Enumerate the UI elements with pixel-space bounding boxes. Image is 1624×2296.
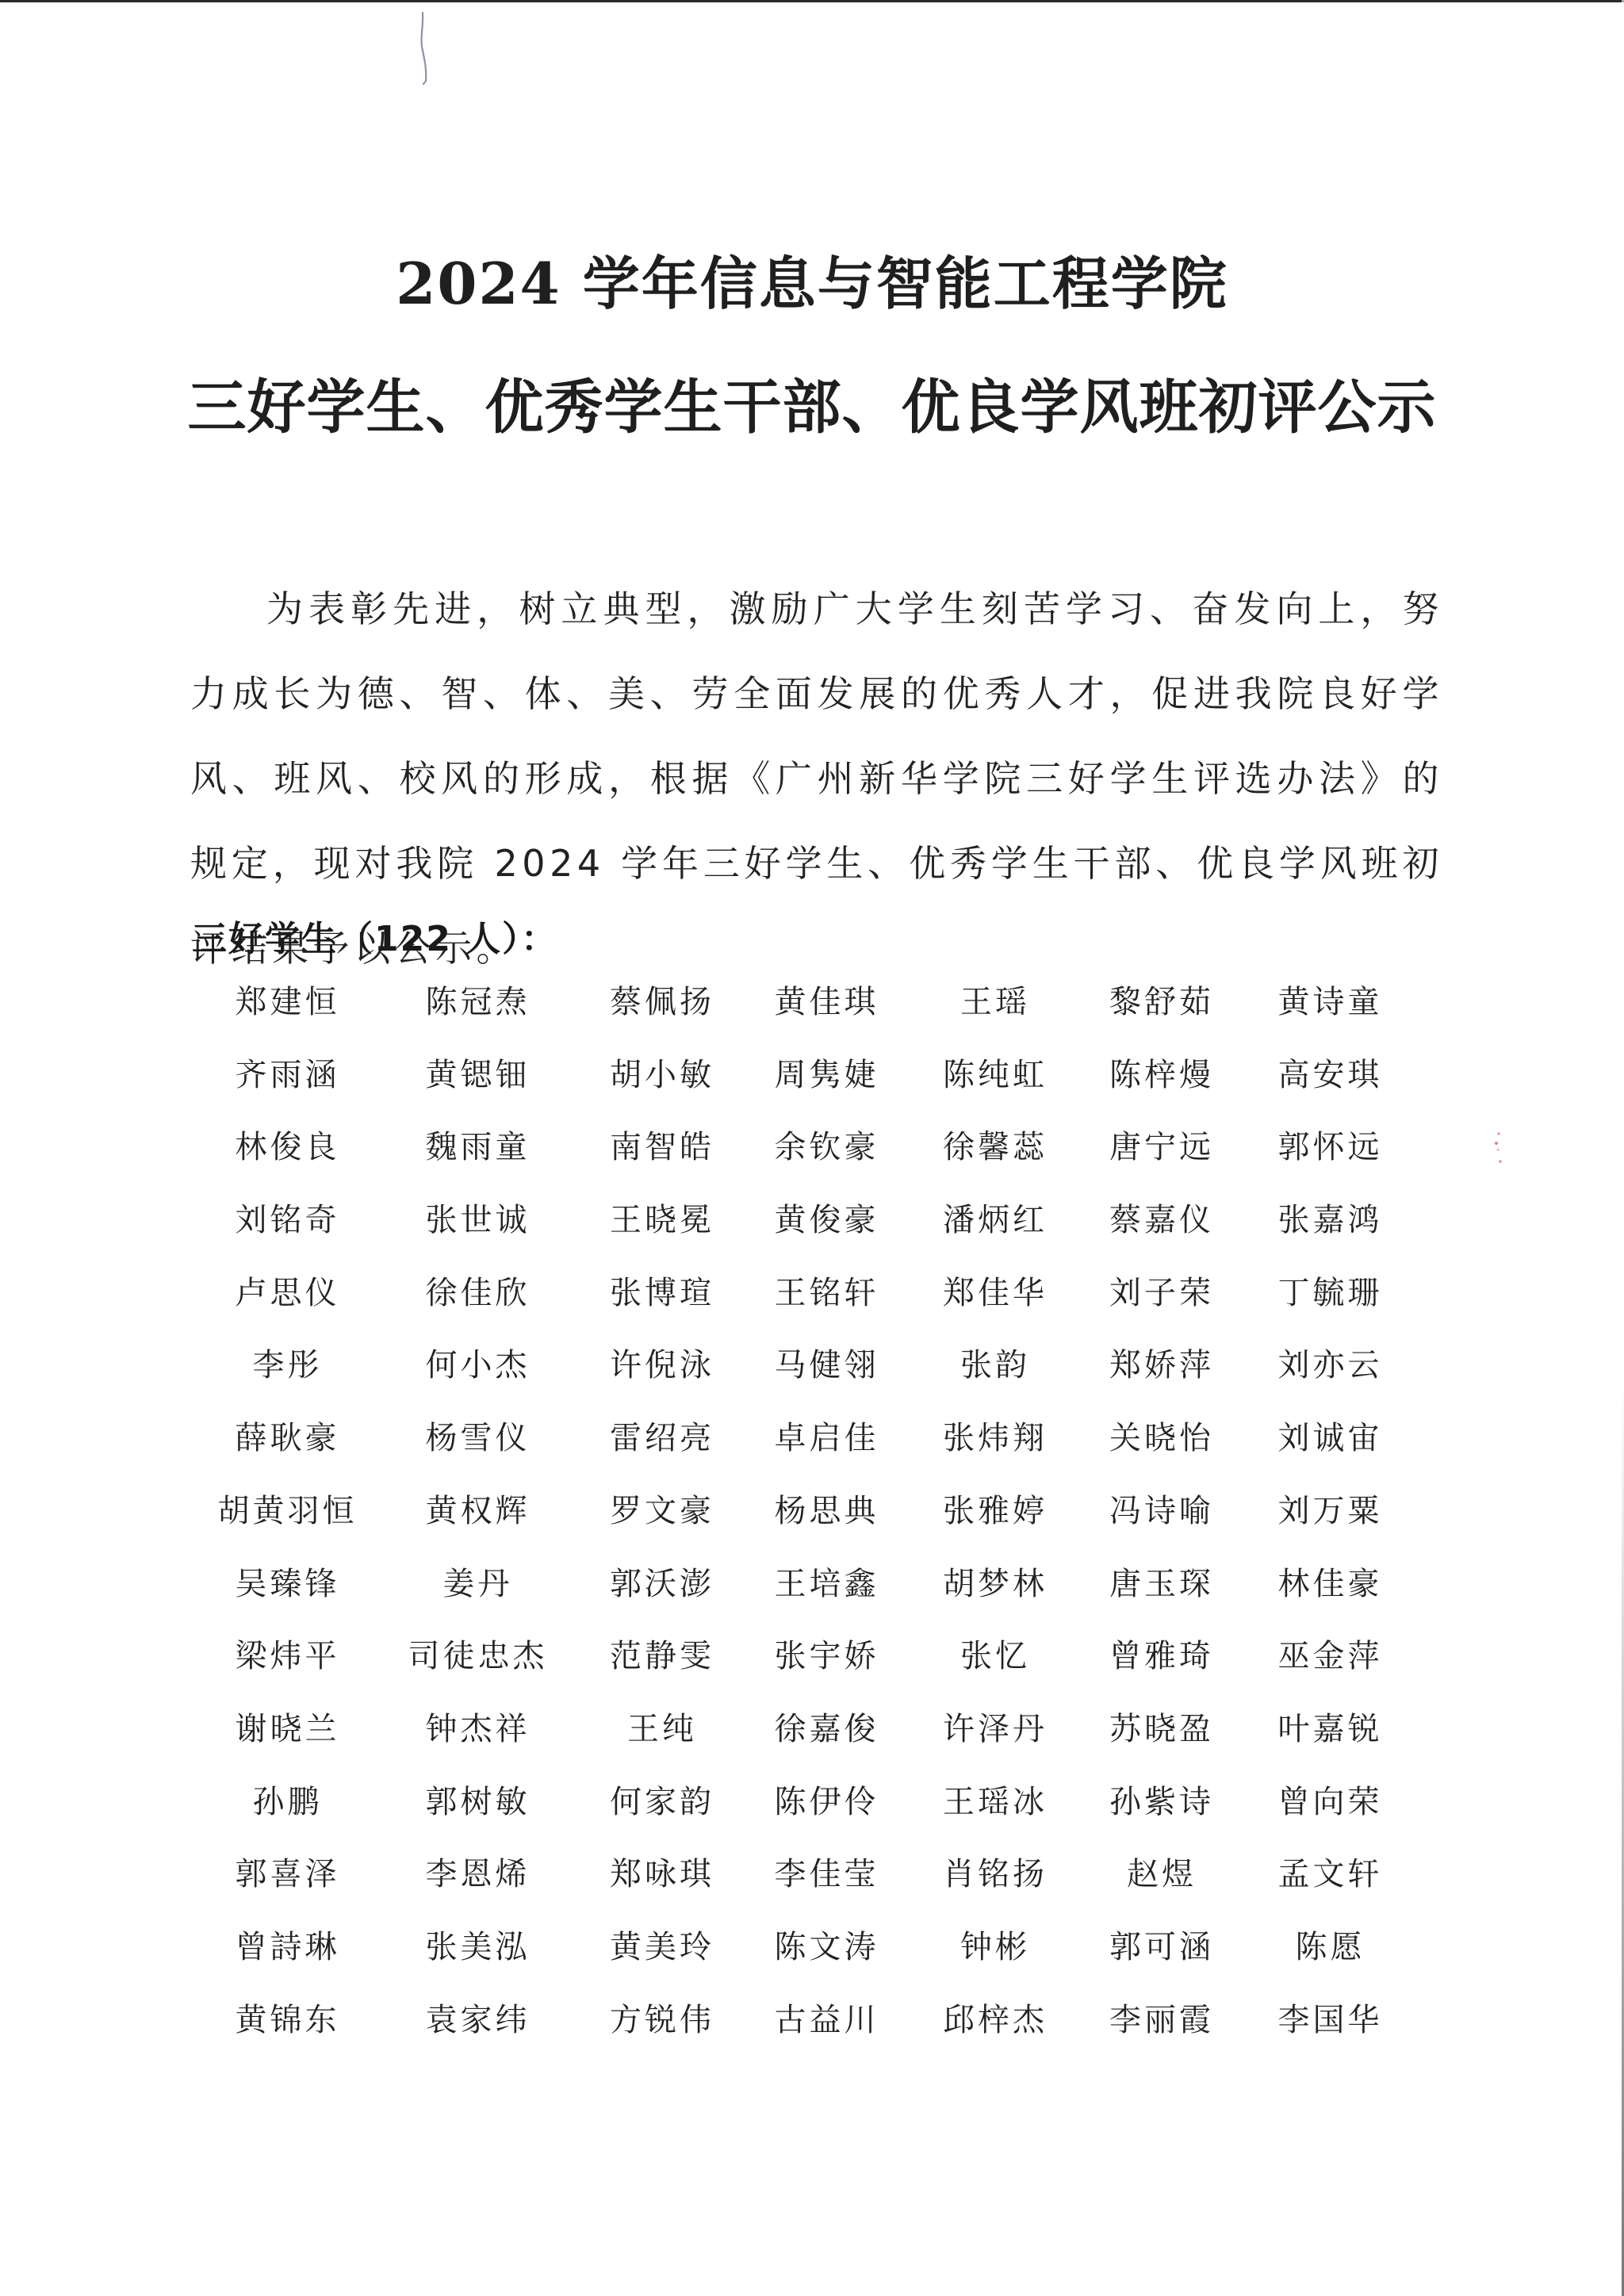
student-name: 叶嘉锐 <box>1245 1704 1415 1777</box>
student-name: 李国华 <box>1245 1995 1415 2068</box>
student-name: 黄佳琪 <box>741 977 912 1050</box>
student-name: 黎舒茹 <box>1078 977 1245 1050</box>
student-name: 郑建恒 <box>202 977 373 1050</box>
student-name: 徐佳欣 <box>373 1268 583 1341</box>
student-name: 徐嘉俊 <box>741 1704 912 1777</box>
scan-edge-top <box>0 0 1624 2</box>
student-name: 陈梓熳 <box>1078 1050 1245 1123</box>
student-name: 李佳莹 <box>741 1849 912 1922</box>
student-name: 孙紫诗 <box>1078 1777 1245 1850</box>
student-name: 罗文豪 <box>583 1486 741 1559</box>
student-name: 王瑶 <box>912 977 1078 1050</box>
student-name: 关晓怡 <box>1078 1413 1245 1486</box>
student-name: 司徒忠杰 <box>373 1631 583 1704</box>
student-name: 方锐伟 <box>583 1995 741 2068</box>
student-name: 陈伊伶 <box>741 1777 912 1850</box>
student-name: 高安琪 <box>1245 1050 1415 1123</box>
student-name: 姜丹 <box>373 1559 583 1632</box>
student-name: 范静雯 <box>583 1631 741 1704</box>
student-name: 李彤 <box>202 1340 373 1413</box>
student-name: 蔡嘉仪 <box>1078 1195 1245 1268</box>
student-name: 黄美玲 <box>583 1922 741 1995</box>
student-name: 郑咏琪 <box>583 1849 741 1922</box>
student-name: 许倪泳 <box>583 1340 741 1413</box>
student-name: 卢思仪 <box>202 1268 373 1341</box>
student-name: 孟文轩 <box>1245 1849 1415 1922</box>
student-name: 张美泓 <box>373 1922 583 1995</box>
student-name: 王铭轩 <box>741 1268 912 1341</box>
student-name: 王纯 <box>583 1704 741 1777</box>
pen-mark-icon <box>419 11 430 86</box>
student-name: 魏雨童 <box>373 1122 583 1195</box>
student-name: 梁炜平 <box>202 1631 373 1704</box>
student-name: 何家韵 <box>583 1777 741 1850</box>
student-name: 潘炳红 <box>912 1195 1078 1268</box>
student-name: 钟彬 <box>912 1922 1078 1995</box>
student-name: 张世诚 <box>373 1195 583 1268</box>
student-name: 刘子荣 <box>1078 1268 1245 1341</box>
student-name: 余钦豪 <box>741 1122 912 1195</box>
student-name: 周隽婕 <box>741 1050 912 1123</box>
student-name: 曾詩琳 <box>202 1922 373 1995</box>
student-name: 曾雅琦 <box>1078 1631 1245 1704</box>
student-name: 刘铭奇 <box>202 1195 373 1268</box>
student-name: 黄俊豪 <box>741 1195 912 1268</box>
student-name: 胡小敏 <box>583 1050 741 1123</box>
student-name: 钟杰祥 <box>373 1704 583 1777</box>
student-name: 卓启佳 <box>741 1413 912 1486</box>
student-name: 郭怀远 <box>1245 1122 1415 1195</box>
student-name: 张炜翔 <box>912 1413 1078 1486</box>
student-name: 何小杰 <box>373 1340 583 1413</box>
student-name: 孙鹏 <box>202 1777 373 1850</box>
student-name: 郭喜泽 <box>202 1849 373 1922</box>
student-name: 马健翎 <box>741 1340 912 1413</box>
student-name: 林佳豪 <box>1245 1559 1415 1632</box>
student-name: 陈文涛 <box>741 1922 912 1995</box>
student-name: 徐馨蕊 <box>912 1122 1078 1195</box>
student-name: 陈愿 <box>1245 1922 1415 1995</box>
student-name: 郭沃澎 <box>583 1559 741 1632</box>
student-name: 张雅婷 <box>912 1486 1078 1559</box>
student-name: 郑佳华 <box>912 1268 1078 1341</box>
student-name: 唐宁远 <box>1078 1122 1245 1195</box>
student-name: 张韵 <box>912 1340 1078 1413</box>
student-name: 陈纯虹 <box>912 1050 1078 1123</box>
student-name: 陈冠焘 <box>373 977 583 1050</box>
red-speck-artifact-icon <box>1491 1126 1507 1173</box>
names-grid: 郑建恒 陈冠焘 蔡佩扬 黄佳琪 王瑶 黎舒茹 黄诗童 齐雨涵 黄锶钿 胡小敏 周… <box>202 977 1439 2067</box>
student-name: 薛耿豪 <box>202 1413 373 1486</box>
student-name: 曾向荣 <box>1245 1777 1415 1850</box>
student-name: 苏晓盈 <box>1078 1704 1245 1777</box>
student-name: 丁毓珊 <box>1245 1268 1415 1341</box>
student-name: 张宇娇 <box>741 1631 912 1704</box>
student-name: 王晓冕 <box>583 1195 741 1268</box>
student-name: 李恩烯 <box>373 1849 583 1922</box>
student-name: 杨雪仪 <box>373 1413 583 1486</box>
student-name: 王瑶冰 <box>912 1777 1078 1850</box>
student-name: 刘万粟 <box>1245 1486 1415 1559</box>
student-name: 张忆 <box>912 1631 1078 1704</box>
student-name: 肖铭扬 <box>912 1849 1078 1922</box>
document-title-line-1: 2024 学年信息与智能工程学院 <box>0 238 1624 320</box>
student-name: 赵煜 <box>1078 1849 1245 1922</box>
student-name: 张博瑄 <box>583 1268 741 1341</box>
student-name: 蔡佩扬 <box>583 977 741 1050</box>
student-name: 王培鑫 <box>741 1559 912 1632</box>
student-name: 许泽丹 <box>912 1704 1078 1777</box>
student-name: 南智皓 <box>583 1122 741 1195</box>
student-name: 黄诗童 <box>1245 977 1415 1050</box>
student-name: 齐雨涵 <box>202 1050 373 1123</box>
student-name: 黄锦东 <box>202 1995 373 2068</box>
student-name: 吴臻锋 <box>202 1559 373 1632</box>
student-name: 林俊良 <box>202 1122 373 1195</box>
student-name: 胡黄羽恒 <box>202 1486 373 1559</box>
section-heading-three-good-students: 三好学生（122 人）： <box>192 910 557 961</box>
student-name: 李丽霞 <box>1078 1995 1245 2068</box>
student-name: 杨思典 <box>741 1486 912 1559</box>
document-page: 2024 学年信息与智能工程学院 三好学生、优秀学生干部、优良学风班初评公示 为… <box>0 0 1624 2296</box>
student-name: 冯诗喻 <box>1078 1486 1245 1559</box>
student-name: 郭可涵 <box>1078 1922 1245 1995</box>
student-name: 邱梓杰 <box>912 1995 1078 2068</box>
student-name: 郭树敏 <box>373 1777 583 1850</box>
student-name: 胡梦林 <box>912 1559 1078 1632</box>
student-name: 刘诚宙 <box>1245 1413 1415 1486</box>
document-title-line-2: 三好学生、优秀学生干部、优良学风班初评公示 <box>0 361 1624 445</box>
student-name: 黄权辉 <box>373 1486 583 1559</box>
student-name: 唐玉琛 <box>1078 1559 1245 1632</box>
student-name: 巫金萍 <box>1245 1631 1415 1704</box>
student-name: 袁家纬 <box>373 1995 583 2068</box>
student-name: 刘亦云 <box>1245 1340 1415 1413</box>
student-name: 古益川 <box>741 1995 912 2068</box>
student-name: 郑娇萍 <box>1078 1340 1245 1413</box>
student-name: 谢晓兰 <box>202 1704 373 1777</box>
student-name: 黄锶钿 <box>373 1050 583 1123</box>
student-name: 雷绍亮 <box>583 1413 741 1486</box>
student-name: 张嘉鸿 <box>1245 1195 1415 1268</box>
